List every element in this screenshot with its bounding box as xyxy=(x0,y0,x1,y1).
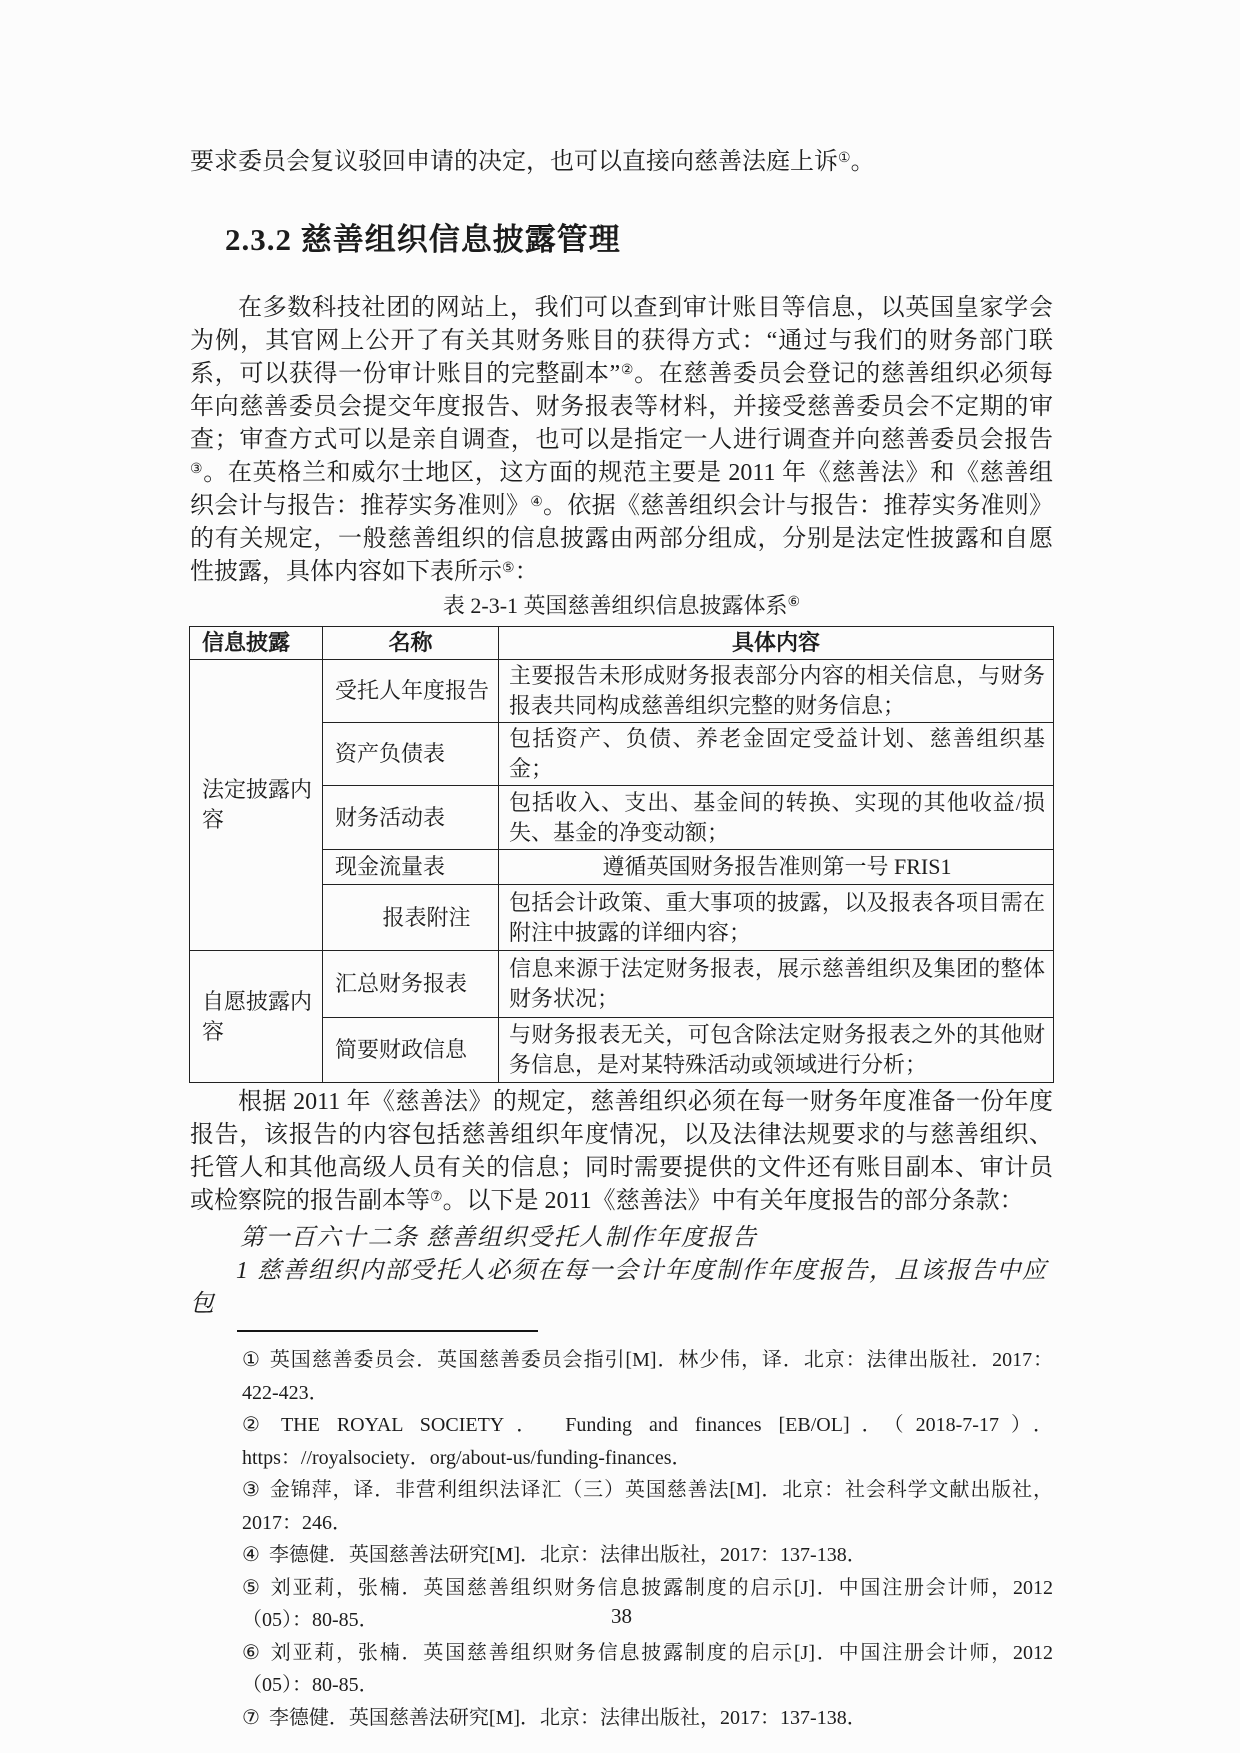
footnote-text: 金锦萍，译．非营利组织法译汇（三）英国慈善法[M]．北京：社会科学文献出版社，2… xyxy=(242,1479,1053,1534)
paragraph-2: 根据 2011 年《慈善法》的规定，慈善组织必须在每一财务年度准备一份年度报告，… xyxy=(190,1086,1053,1218)
law-clause-body: 1 慈善组织内部受托人必须在每一会计年度制作年度报告，且该报告中应包 xyxy=(190,1255,1053,1321)
footnote-text: THE ROYAL SOCIETY． Funding and finances … xyxy=(242,1414,1053,1469)
footnote-text: 英国慈善委员会．英国慈善委员会指引[M]．林少伟，译．北京：法律出版社．2017… xyxy=(242,1349,1053,1404)
table-cell-category-voluntary: 自愿披露内容 xyxy=(190,951,323,1083)
table-cell-name: 资产负债表 xyxy=(323,723,499,786)
table-header-name: 名称 xyxy=(323,627,499,660)
table-cell-content: 包括会计政策、重大事项的披露，以及报表各项目需在附注中披露的详细内容； xyxy=(499,885,1054,951)
table-cell-content: 遵循英国财务报告准则第一号 FRIS1 xyxy=(499,850,1054,885)
table-caption: 表 2-3-1 英国慈善组织信息披露体系⑥ xyxy=(190,591,1053,621)
table-cell-name: 报表附注 xyxy=(323,885,499,951)
table-cell-content: 包括收入、支出、基金间的转换、实现的其他收益/损失、基金的净变动额； xyxy=(499,786,1054,850)
footnote-item: ④李德健．英国慈善法研究[M]．北京：法律出版社，2017：137-138． xyxy=(242,1539,1053,1572)
footnote-item: ①英国慈善委员会．英国慈善委员会指引[M]．林少伟，译．北京：法律出版社．201… xyxy=(242,1344,1053,1409)
footnote-marker: ④ xyxy=(242,1544,260,1566)
text-run: 。 xyxy=(851,149,875,175)
text-run: 表 2-3-1 英国慈善组织信息披露体系 xyxy=(443,593,788,618)
footnote-reference: ④ xyxy=(530,495,543,510)
table-cell-name: 现金流量表 xyxy=(323,850,499,885)
footnote-marker: ② xyxy=(242,1414,272,1436)
page-number: 38 xyxy=(190,1604,1053,1629)
footnote-marker: ⑦ xyxy=(242,1707,260,1729)
table-header-disclosure: 信息披露 xyxy=(190,627,323,660)
table-cell-content: 包括资产、负债、养老金固定受益计划、慈善组织基金； xyxy=(499,723,1054,786)
table-cell-category-statutory: 法定披露内容 xyxy=(190,660,323,951)
table-cell-content: 主要报告未形成财务报表部分内容的相关信息，与财务报表共同构成慈善组织完整的财务信… xyxy=(499,660,1054,723)
footnote-text: 李德健．英国慈善法研究[M]．北京：法律出版社，2017：137-138． xyxy=(269,1544,867,1566)
law-clause-title: 第一百六十二条 慈善组织受托人制作年度报告 xyxy=(190,1222,1053,1255)
footnote-text: 李德健．英国慈善法研究[M]．北京：法律出版社，2017：137-138． xyxy=(269,1707,867,1729)
table-row: 法定披露内容 受托人年度报告 主要报告未形成财务报表部分内容的相关信息，与财务报… xyxy=(190,660,1054,723)
footnote-list: ①英国慈善委员会．英国慈善委员会指引[M]．林少伟，译．北京：法律出版社．201… xyxy=(242,1344,1053,1734)
table-cell-content: 信息来源于法定财务报表，展示慈善组织及集团的整体财务状况； xyxy=(499,951,1054,1018)
document-page: 要求委员会复议驳回申请的决定，也可以直接向慈善法庭上诉①。 2.3.2 慈善组织… xyxy=(0,0,1240,1753)
table-header-row: 信息披露 名称 具体内容 xyxy=(190,627,1054,660)
footnote-text: 刘亚莉，张楠．英国慈善组织财务信息披露制度的启示[J]．中国注册会计师，2012… xyxy=(242,1642,1053,1697)
text-run: 。以下是 2011《慈善法》中有关年度报告的部分条款： xyxy=(443,1188,1024,1214)
footnote-item: ⑦李德健．英国慈善法研究[M]．北京：法律出版社，2017：137-138． xyxy=(242,1702,1053,1735)
footnote-reference: ⑥ xyxy=(788,595,801,610)
footnote-marker: ③ xyxy=(242,1479,261,1501)
footnote-reference: ② xyxy=(620,363,634,378)
table-cell-name: 财务活动表 xyxy=(323,786,499,850)
footnote-marker: ⑤ xyxy=(242,1577,262,1599)
footnote-item: ③金锦萍，译．非营利组织法译汇（三）英国慈善法[M]．北京：社会科学文献出版社，… xyxy=(242,1474,1053,1539)
table-cell-name: 简要财政信息 xyxy=(323,1018,499,1083)
table-cell-name: 受托人年度报告 xyxy=(323,660,499,723)
paragraph-1: 在多数科技社团的网站上，我们可以查到审计账目等信息，以英国皇家学会为例，其官网上… xyxy=(190,292,1053,589)
footnote-item: ⑥刘亚莉，张楠．英国慈善组织财务信息披露制度的启示[J]．中国注册会计师，201… xyxy=(242,1637,1053,1702)
footnote-marker: ① xyxy=(242,1349,261,1371)
paragraph-continuation: 要求委员会复议驳回申请的决定，也可以直接向慈善法庭上诉①。 xyxy=(190,146,1053,179)
footnote-reference: ⑤ xyxy=(502,561,515,576)
disclosure-table: 信息披露 名称 具体内容 法定披露内容 受托人年度报告 主要报告未形成财务报表部… xyxy=(189,626,1054,1083)
table-header-content: 具体内容 xyxy=(499,627,1054,660)
footnote-marker: ⑥ xyxy=(242,1642,262,1664)
table-cell-content: 与财务报表无关，可包含除法定财务报表之外的其他财务信息，是对某特殊活动或领域进行… xyxy=(499,1018,1054,1083)
footnote-separator xyxy=(237,1330,538,1332)
section-heading: 2.3.2 慈善组织信息披露管理 xyxy=(225,214,621,259)
table-row: 自愿披露内容 汇总财务报表 信息来源于法定财务报表，展示慈善组织及集团的整体财务… xyxy=(190,951,1054,1018)
text-run: 要求委员会复议驳回申请的决定，也可以直接向慈善法庭上诉 xyxy=(190,149,838,175)
table-cell-name: 汇总财务报表 xyxy=(323,951,499,1018)
footnote-reference: ⑦ xyxy=(430,1190,443,1205)
footnote-reference: ① xyxy=(838,151,851,166)
footnote-reference: ③ xyxy=(190,462,203,477)
footnote-item: ②THE ROYAL SOCIETY． Funding and finances… xyxy=(242,1409,1053,1474)
text-run: ： xyxy=(515,559,539,585)
